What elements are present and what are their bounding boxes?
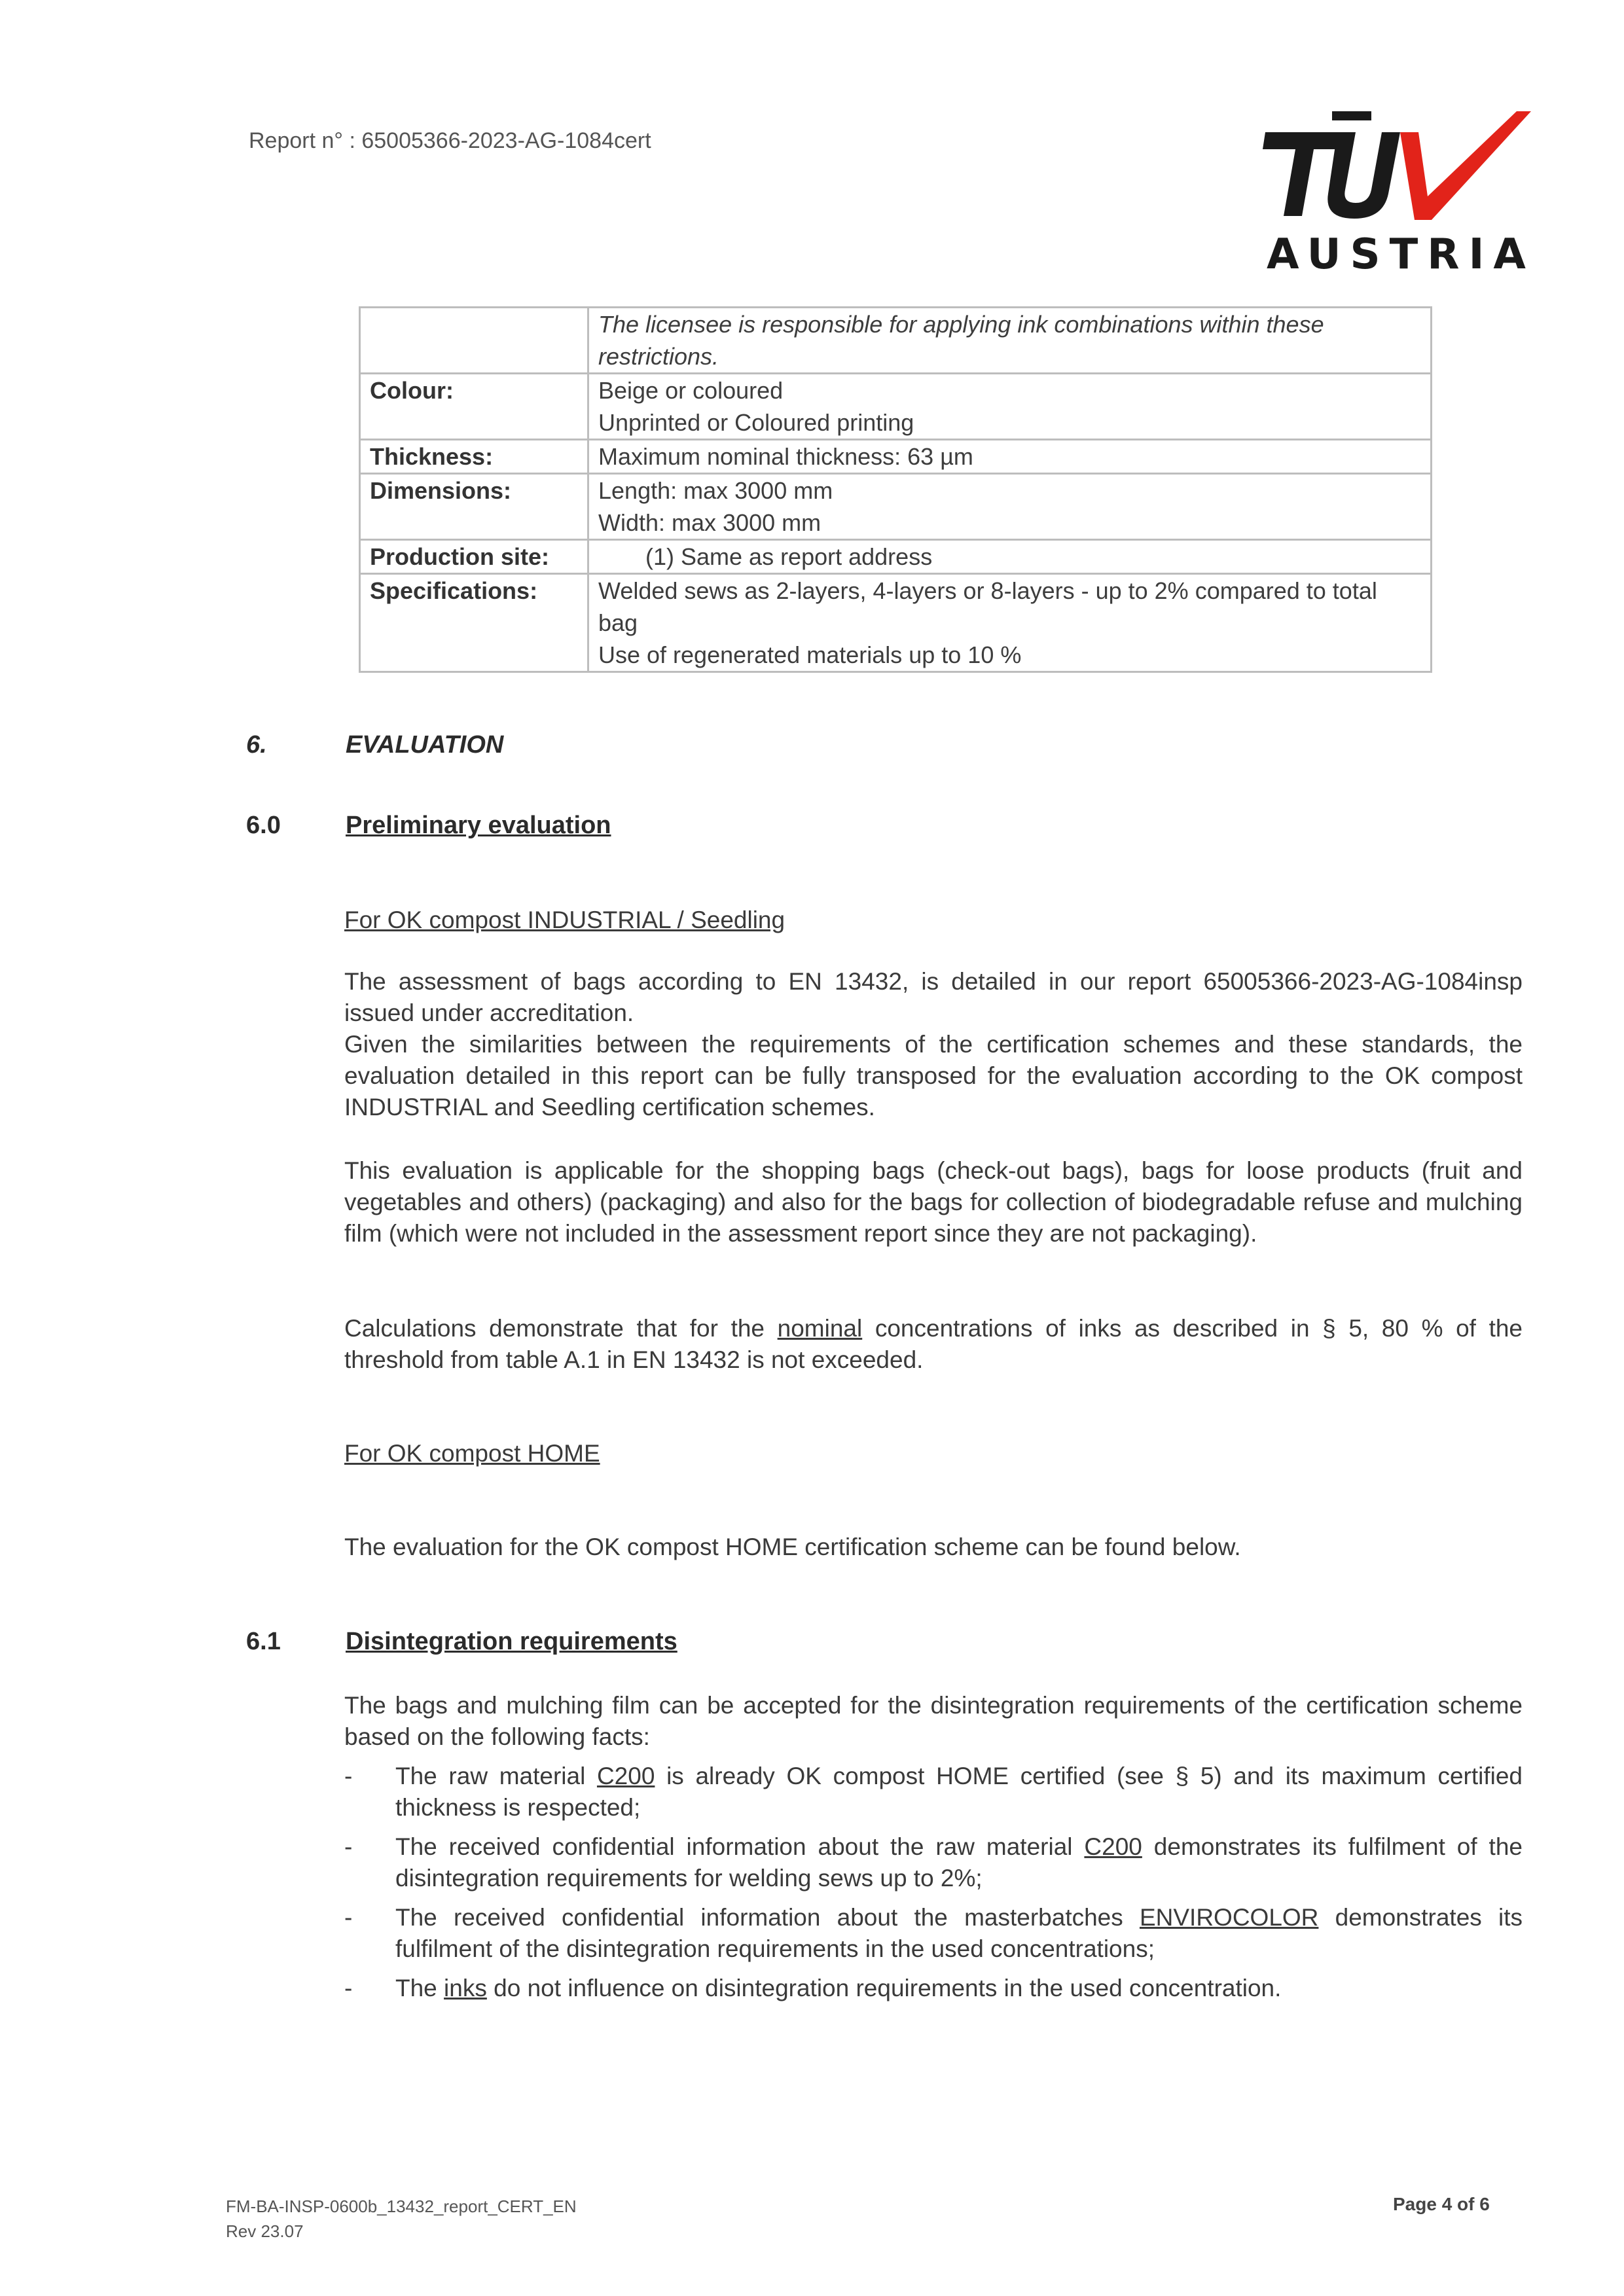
subsection-title: Disintegration requirements	[346, 1628, 677, 1656]
paragraph: The assessment of bags according to EN 1…	[344, 966, 1523, 1123]
facts-list: -The raw material C200 is already OK com…	[344, 1761, 1523, 2012]
list-item: -The received confidential information a…	[344, 1831, 1523, 1894]
row-value: (1) Same as report address	[588, 540, 1432, 574]
list-item: -The inks do not influence on disintegra…	[344, 1973, 1523, 2004]
page-number: Page 4 of 6	[1393, 2194, 1490, 2215]
section-title: EVALUATION	[346, 731, 503, 759]
subsection-number: 6.0	[246, 812, 281, 840]
subsection-number: 6.1	[246, 1628, 281, 1656]
paragraph: The evaluation for the OK compost HOME c…	[344, 1532, 1523, 1563]
table-row: Specifications: Welded sews as 2-layers,…	[360, 574, 1432, 672]
tuv-austria-logo: AUSTRIA	[1260, 105, 1535, 275]
row-label	[360, 308, 588, 374]
industrial-heading: For OK compost INDUSTRIAL / Seedling	[344, 906, 785, 934]
row-value: The licensee is responsible for applying…	[588, 308, 1432, 374]
tuv-logo-icon: AUSTRIA	[1260, 105, 1535, 275]
row-label: Thickness:	[360, 440, 588, 474]
table-row: Colour: Beige or coloured Unprinted or C…	[360, 374, 1432, 440]
row-value: Welded sews as 2-layers, 4-layers or 8-l…	[588, 574, 1432, 672]
row-value: Beige or coloured Unprinted or Coloured …	[588, 374, 1432, 440]
report-number: Report n° : 65005366-2023-AG-1084cert	[249, 128, 651, 154]
paragraph: This evaluation is applicable for the sh…	[344, 1155, 1523, 1249]
table-row: The licensee is responsible for applying…	[360, 308, 1432, 374]
row-value: Maximum nominal thickness: 63 µm	[588, 440, 1432, 474]
list-item: -The received confidential information a…	[344, 1902, 1523, 1965]
row-label: Colour:	[360, 374, 588, 440]
home-heading: For OK compost HOME	[344, 1440, 600, 1467]
subsection-title: Preliminary evaluation	[346, 812, 611, 840]
section-number: 6.	[246, 731, 267, 759]
row-label: Production site:	[360, 540, 588, 574]
svg-text:AUSTRIA: AUSTRIA	[1267, 230, 1535, 275]
row-label: Dimensions:	[360, 474, 588, 540]
list-item: -The raw material C200 is already OK com…	[344, 1761, 1523, 1823]
row-label: Specifications:	[360, 574, 588, 672]
row-value: Length: max 3000 mm Width: max 3000 mm	[588, 474, 1432, 540]
paragraph: The bags and mulching film can be accept…	[344, 1690, 1523, 1753]
table-row: Production site: (1) Same as report addr…	[360, 540, 1432, 574]
footer-form-code: FM-BA-INSP-0600b_13432_report_CERT_EN Re…	[226, 2194, 577, 2244]
table-row: Thickness: Maximum nominal thickness: 63…	[360, 440, 1432, 474]
specification-table: The licensee is responsible for applying…	[359, 306, 1432, 673]
paragraph: Calculations demonstrate that for the no…	[344, 1313, 1523, 1376]
table-row: Dimensions: Length: max 3000 mm Width: m…	[360, 474, 1432, 540]
